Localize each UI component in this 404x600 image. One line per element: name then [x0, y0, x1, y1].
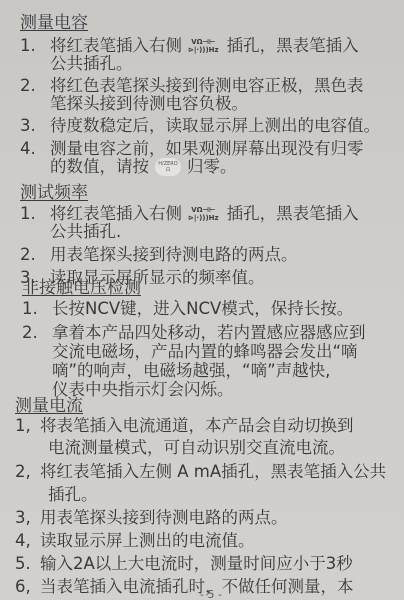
section-title-current: 测量电流 — [15, 391, 83, 416]
manual-page: 测量电容 1. 将红表笔插入右侧VΩ⊣⊢⊳|·)))Hz插孔，黑表笔插入 公共插… — [0, 0, 404, 600]
vohm-jack-icon: VΩ⊣⊢⊳|·)))Hz — [188, 38, 219, 54]
vohm-jack-icon: VΩ⊣⊢⊳|·)))Hz — [188, 206, 219, 222]
hold-zero-button-icon: H/ZERO⊡ — [155, 158, 181, 176]
section-title-frequency: 测试频率 — [20, 178, 88, 203]
section-title-ncv: 非接触电压检测 — [22, 273, 141, 298]
section-title-capacitance: 测量电容 — [20, 8, 88, 33]
page-number: - 5 - — [200, 588, 222, 600]
